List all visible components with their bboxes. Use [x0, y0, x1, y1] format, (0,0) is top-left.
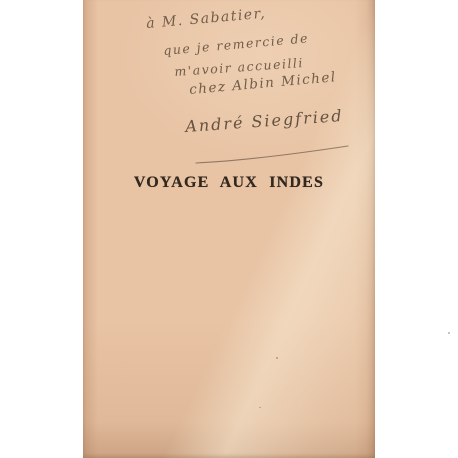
paper-speck [276, 357, 278, 359]
title-row: VOYAGE AUX INDES [83, 174, 375, 192]
paper-speck [448, 332, 450, 334]
paper-speck [259, 407, 261, 408]
book-page-photo: à M. Sabatier, que je remercie de m'avoi… [0, 0, 458, 458]
book-title: VOYAGE AUX INDES [134, 174, 324, 192]
